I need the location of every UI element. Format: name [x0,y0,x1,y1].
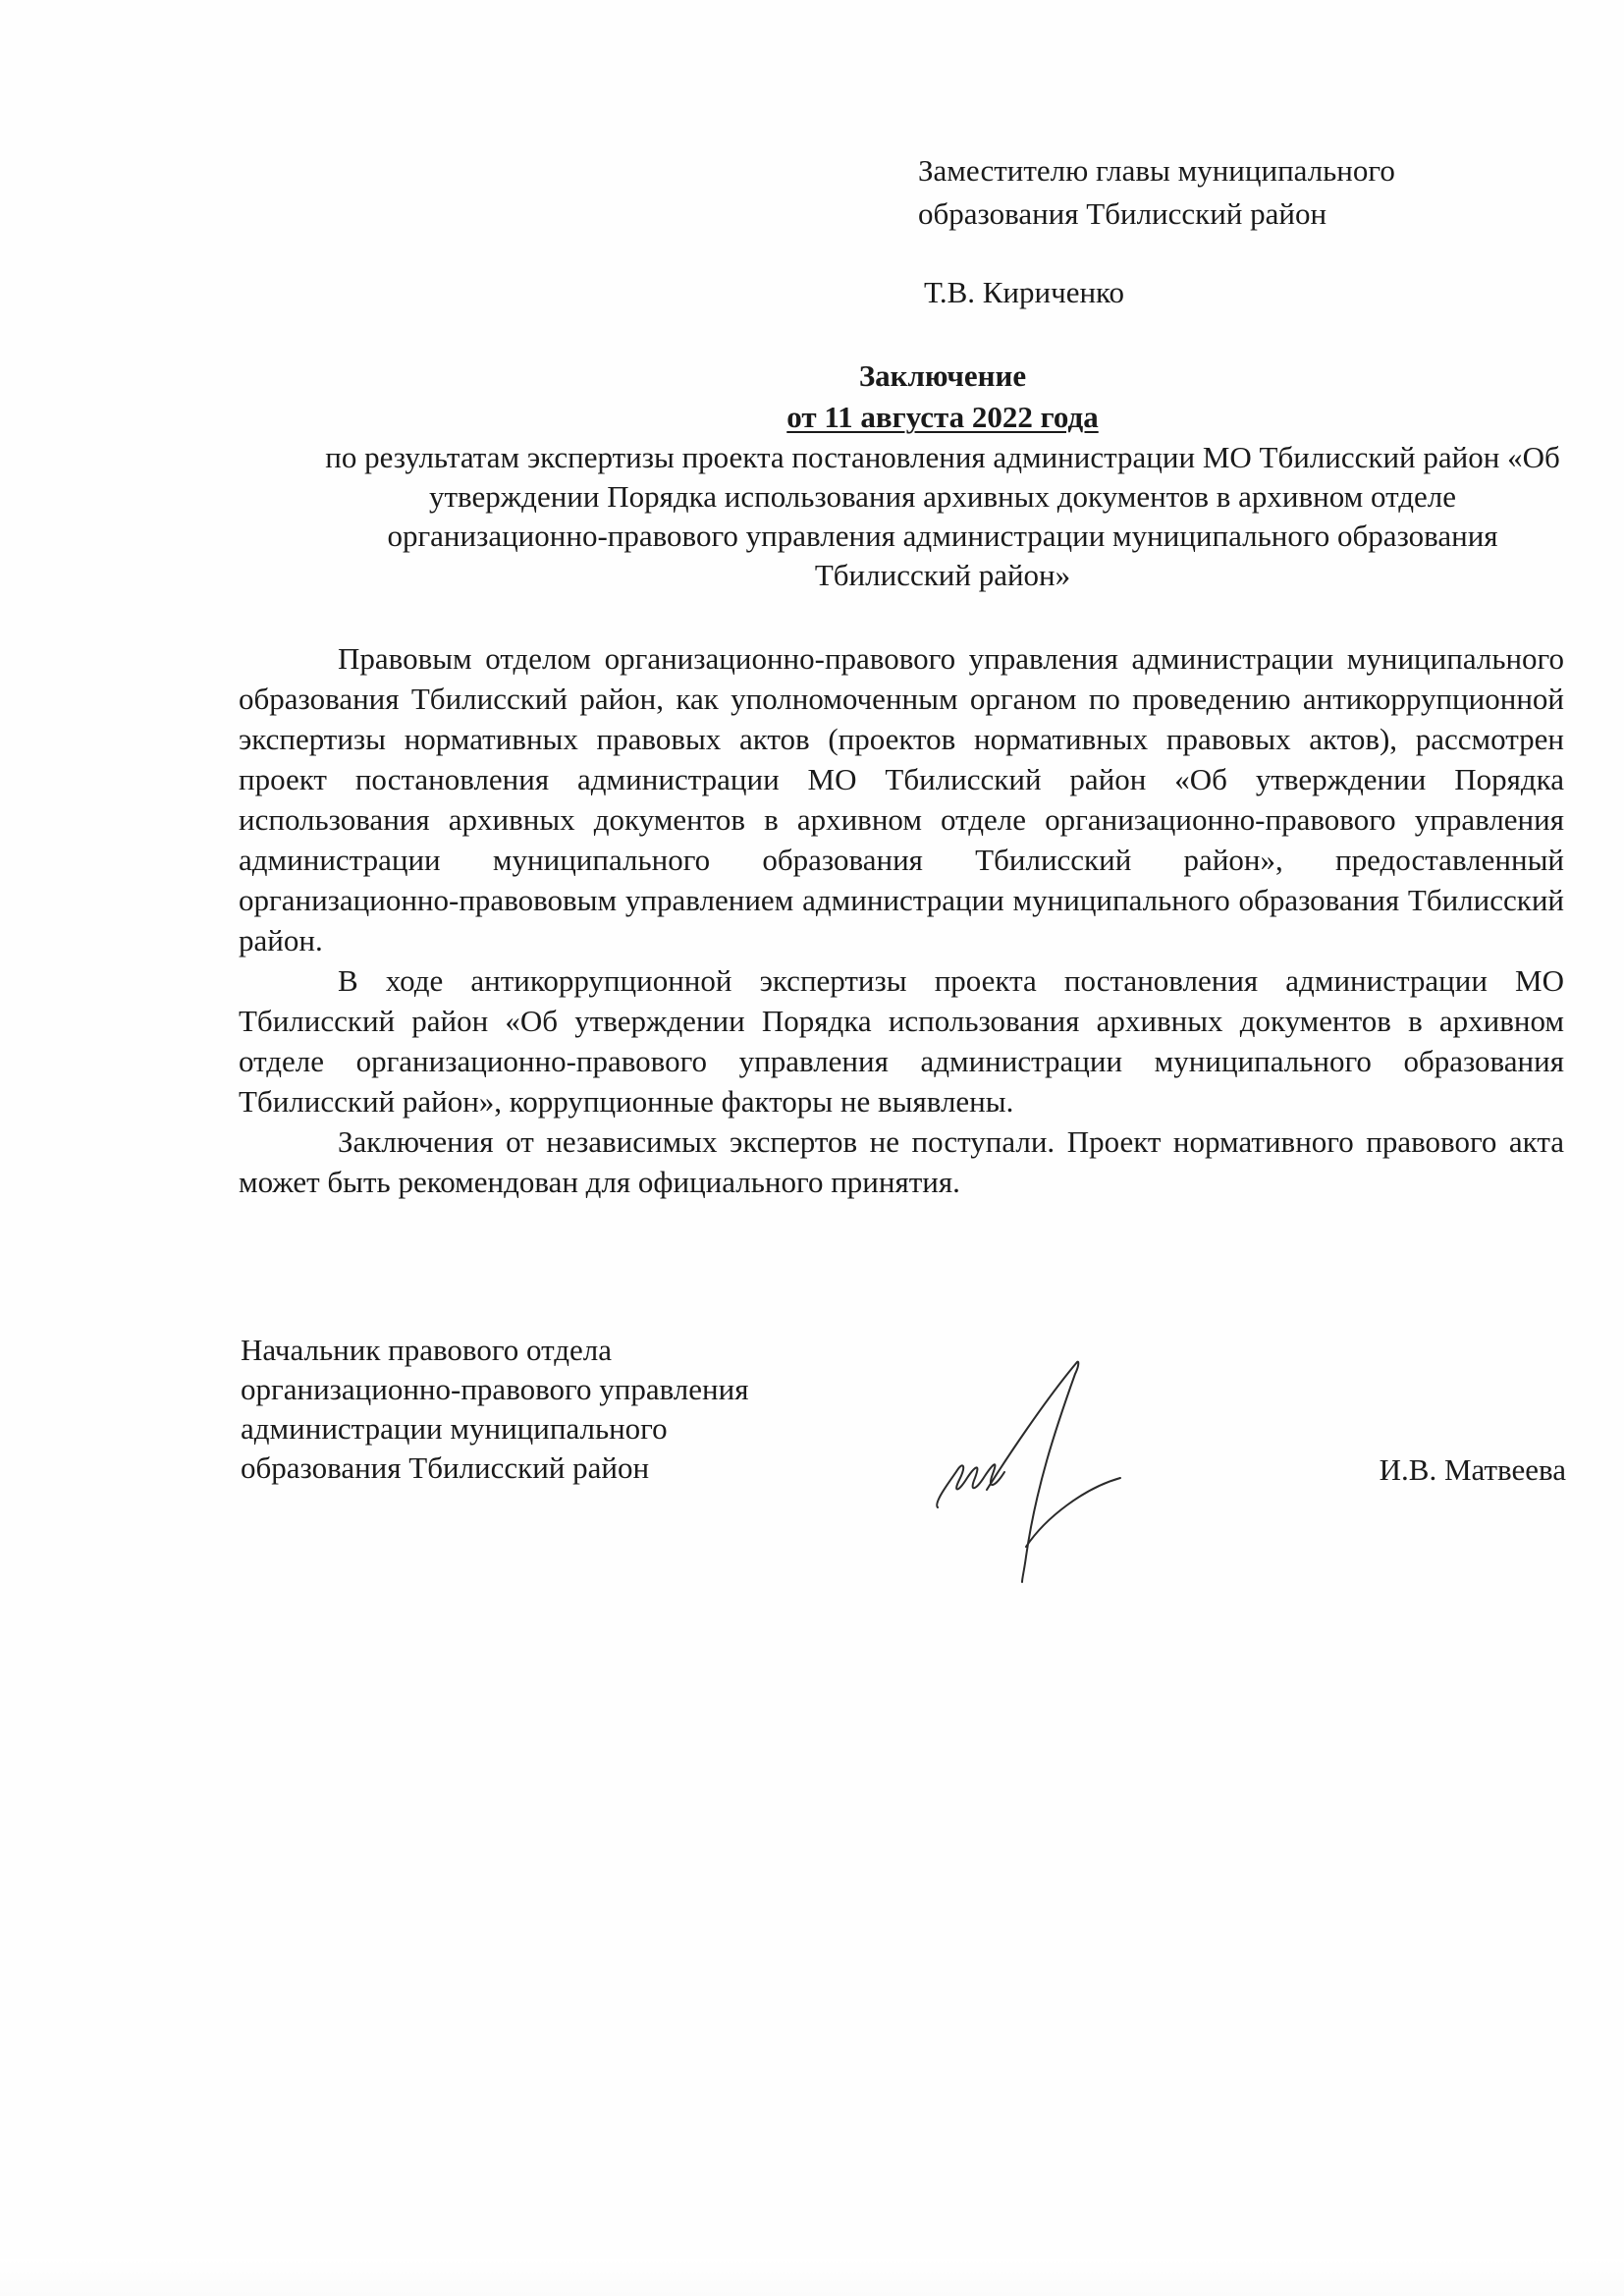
document-subtitle: по результатам экспертизы проекта постан… [324,438,1561,595]
signer-name: И.В. Матвеева [1380,1450,1566,1490]
signature-block: Начальник правового отдела организационн… [241,1331,1566,1586]
document-page: Заместителю главы муниципального образов… [0,0,1624,2296]
scan-edge [0,2259,1624,2296]
handwritten-signature-icon [928,1360,1144,1586]
body-paragraph-3: Заключения от независимых экспертов не п… [239,1121,1564,1202]
signer-position-line: администрации муниципального [241,1409,869,1449]
document-heading: Заключение [324,355,1561,397]
addressee-position-line2: образования Тбилисский район [918,192,1546,236]
document-date: от 11 августа 2022 года [324,397,1561,438]
document-title-block: Заключение от 11 августа 2022 года по ре… [324,355,1561,595]
signer-position: Начальник правового отдела организационн… [241,1331,869,1488]
document-body: Правовым отделом организационно-правовог… [239,638,1564,1202]
signer-position-line: организационно-правового управления [241,1370,869,1409]
body-paragraph-1: Правовым отделом организационно-правовог… [239,638,1564,960]
signer-position-line: Начальник правового отдела [241,1331,869,1370]
addressee-position-line1: Заместителю главы муниципального [918,149,1546,192]
addressee-name: Т.В. Кириченко [918,271,1546,314]
signer-position-line: образования Тбилисский район [241,1449,869,1488]
body-paragraph-2: В ходе антикоррупционной экспертизы прое… [239,960,1564,1121]
addressee-block: Заместителю главы муниципального образов… [918,149,1546,314]
